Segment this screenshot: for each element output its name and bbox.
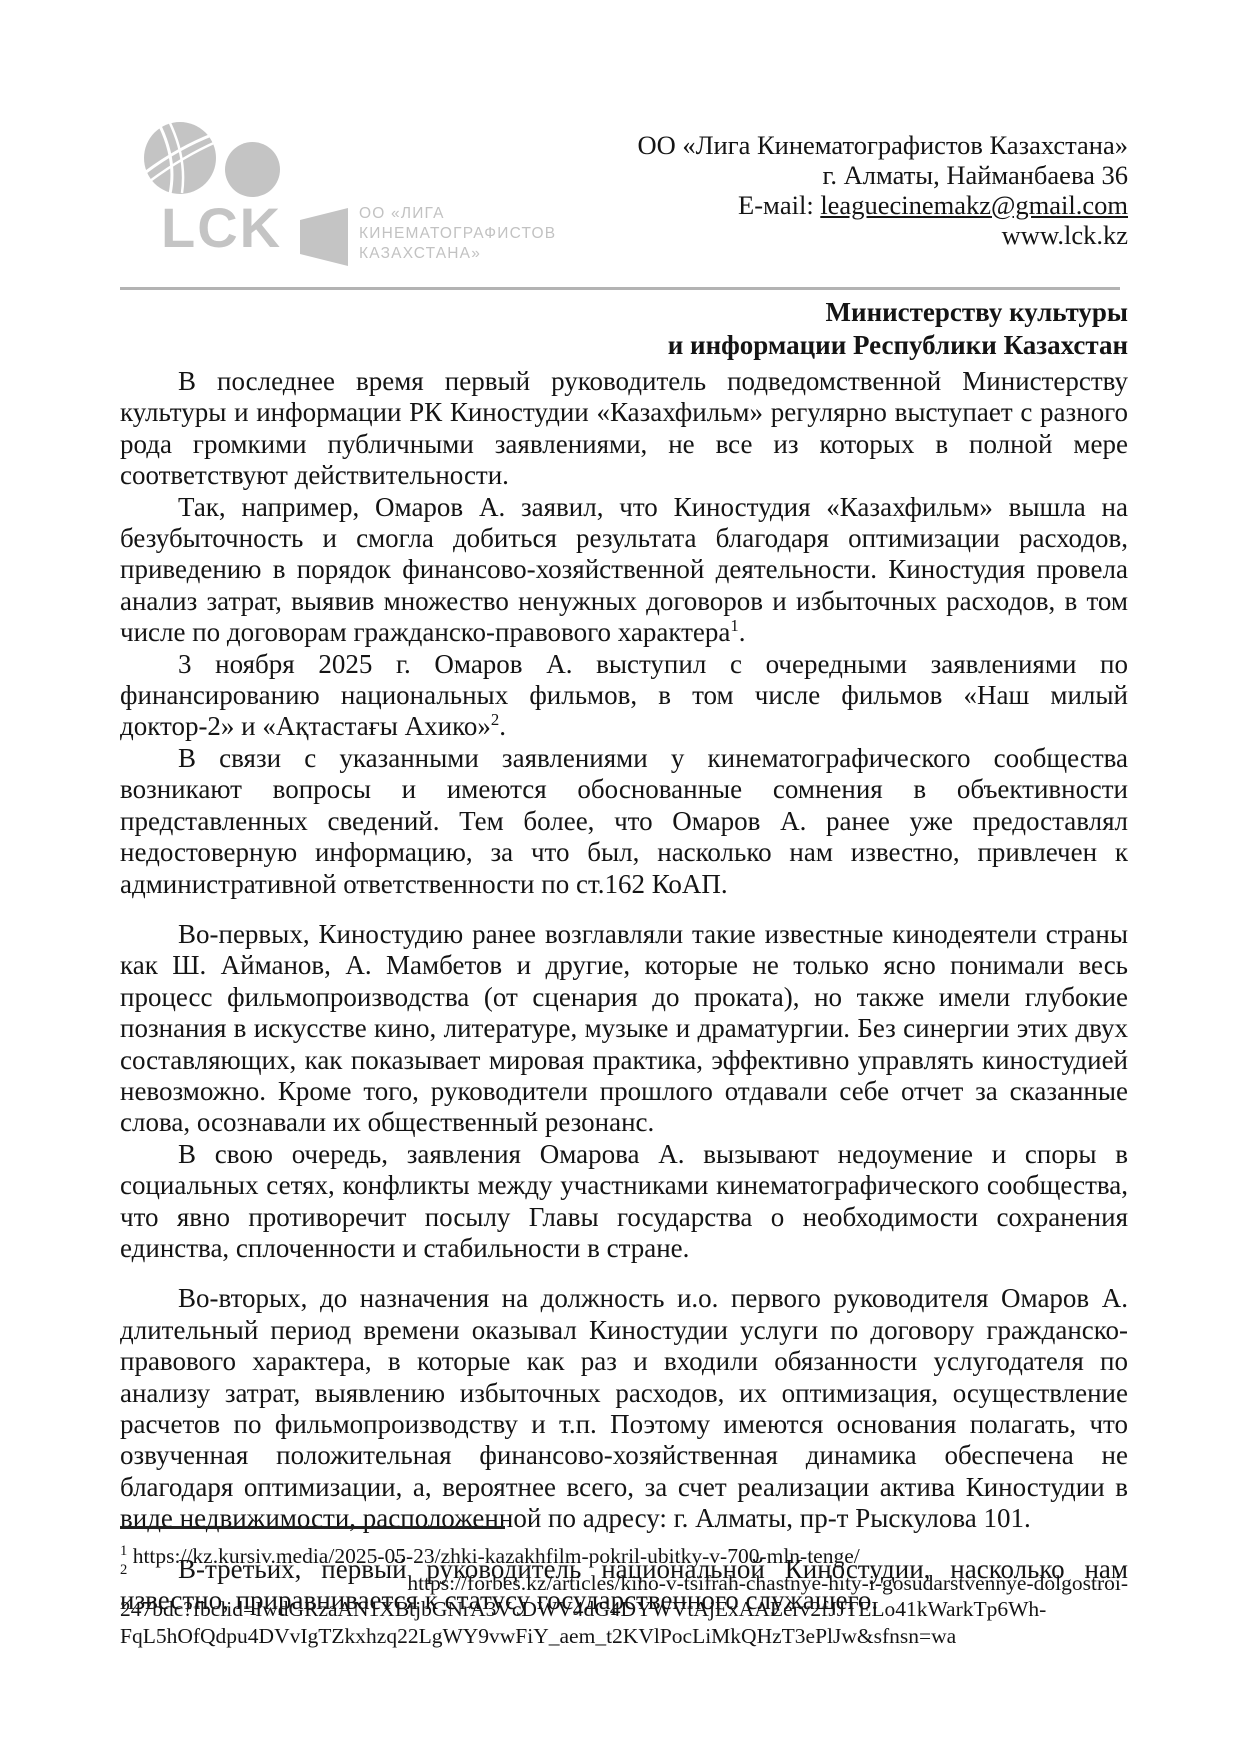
contact-org-name: ОО «Лига Кинематографистов Казахстана»: [637, 130, 1128, 160]
footnote-ref-1: 1: [730, 616, 738, 635]
logo-org-line: КИНЕМАТОГРАФИСТОВ: [359, 224, 556, 244]
footnote-separator: [120, 1526, 505, 1529]
paragraph-2-tail: .: [739, 617, 746, 647]
logo-org-line: ОО «ЛИГА: [359, 204, 556, 224]
circle-icon: [225, 142, 280, 197]
paragraph-2: Так, например, Омаров А. заявил, что Кин…: [120, 492, 1128, 649]
org-contact-block: ОО «Лига Кинематографистов Казахстана» г…: [637, 130, 1128, 250]
paragraph-1: В последнее время первый руководитель по…: [120, 366, 1128, 492]
footnote-2-url-part3: FqL5hOfQdpu4DVvIgTZkxhzq22LgWY9vwFiY_aem…: [120, 1623, 1128, 1650]
contact-address: г. Алматы, Найманбаева 36: [637, 160, 1128, 190]
email-label: E-мail:: [738, 190, 820, 220]
email-link[interactable]: leaguecinemakz@gmail.com: [820, 190, 1128, 220]
footnote-2-url-part1: https://forbes.kz/articles/kino-v-tsifra…: [407, 1570, 1128, 1597]
paragraph-6: В свою очередь, заявления Омарова А. выз…: [120, 1139, 1128, 1265]
letter-body: В последнее время первый руководитель по…: [120, 366, 1128, 1616]
addressee-line: Министерству культуры: [120, 296, 1128, 329]
paragraph-7: Во-вторых, до назначения на должность и.…: [120, 1283, 1128, 1534]
logo-org-name: ОО «ЛИГА КИНЕМАТОГРАФИСТОВ КАЗАХСТАНА»: [359, 204, 556, 264]
paragraph-3-text: 3 ноября 2025 г. Омаров А. выступил с оч…: [120, 649, 1128, 742]
logo-acronym: LCK: [161, 200, 282, 256]
footnotes-section: 1 https://kz.kursiv.media/2025-05-23/zhk…: [120, 1526, 1128, 1649]
film-reel-globe-icon: [142, 120, 218, 196]
contact-email-line: E-мail: leaguecinemakz@gmail.com: [637, 190, 1128, 220]
footnote-2-url-part2: 247bdc?fbclid=IwdGRzaAN1XBtjbGNrA3VcDWV4…: [120, 1596, 1128, 1623]
footnote-ref-2: 2: [491, 710, 499, 729]
footnote-2: 2 https://forbes.kz/articles/kino-v-tsif…: [120, 1570, 1128, 1597]
addressee-block: Министерству культуры и информации Респу…: [120, 296, 1128, 362]
paragraph-5: Во-первых, Киностудию ранее возглавляли …: [120, 919, 1128, 1139]
paragraph-3: 3 ноября 2025 г. Омаров А. выступил с оч…: [120, 649, 1128, 743]
paragraph-3-tail: .: [499, 711, 506, 741]
paragraph-2-text: Так, например, Омаров А. заявил, что Кин…: [120, 492, 1128, 648]
camera-play-triangle-icon: [300, 208, 348, 266]
contact-website: www.lck.kz: [637, 220, 1128, 250]
letter-page: LCK ОО «ЛИГА КИНЕМАТОГРАФИСТОВ КАЗАХСТАН…: [0, 0, 1240, 1755]
footnote-1: 1 https://kz.kursiv.media/2025-05-23/zhk…: [120, 1543, 1128, 1570]
addressee-line: и информации Республики Казахстан: [120, 329, 1128, 362]
footnote-1-url: https://kz.kursiv.media/2025-05-23/zhki-…: [127, 1544, 859, 1568]
org-logo: LCK ОО «ЛИГА КИНЕМАТОГРАФИСТОВ КАЗАХСТАН…: [137, 100, 567, 270]
header-divider: [120, 287, 1120, 290]
logo-org-line: КАЗАХСТАНА»: [359, 244, 556, 264]
paragraph-4: В связи с указанными заявлениями у кинем…: [120, 743, 1128, 900]
